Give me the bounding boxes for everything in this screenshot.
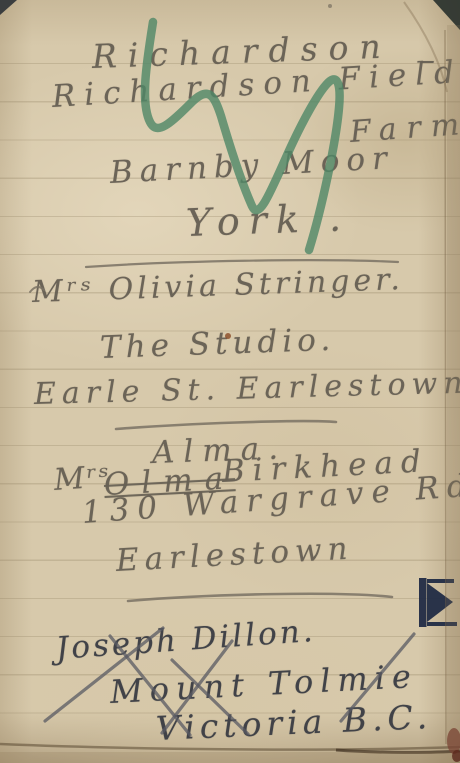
right-edge-shade [447, 25, 460, 745]
notebook-page: Richardson – Richardson Field Farm Barnb… [0, 0, 460, 763]
divider-line-2 [116, 421, 336, 429]
right-edge-crease [445, 30, 446, 744]
divider-line-1 [86, 260, 398, 267]
top-left-cover-corner [0, 0, 17, 15]
crossout-strokes [45, 628, 414, 735]
ink-speck [225, 333, 231, 339]
green-crayon-scribble-mark [145, 22, 340, 250]
below-fold-shade [0, 752, 460, 763]
divider-line-3 [128, 594, 392, 601]
stray-pencil-squiggle [30, 287, 44, 292]
marks-overlay [0, 0, 460, 763]
bottom-fold-crease [0, 744, 460, 750]
corner-crease [404, 2, 447, 92]
top-speck [328, 4, 332, 8]
